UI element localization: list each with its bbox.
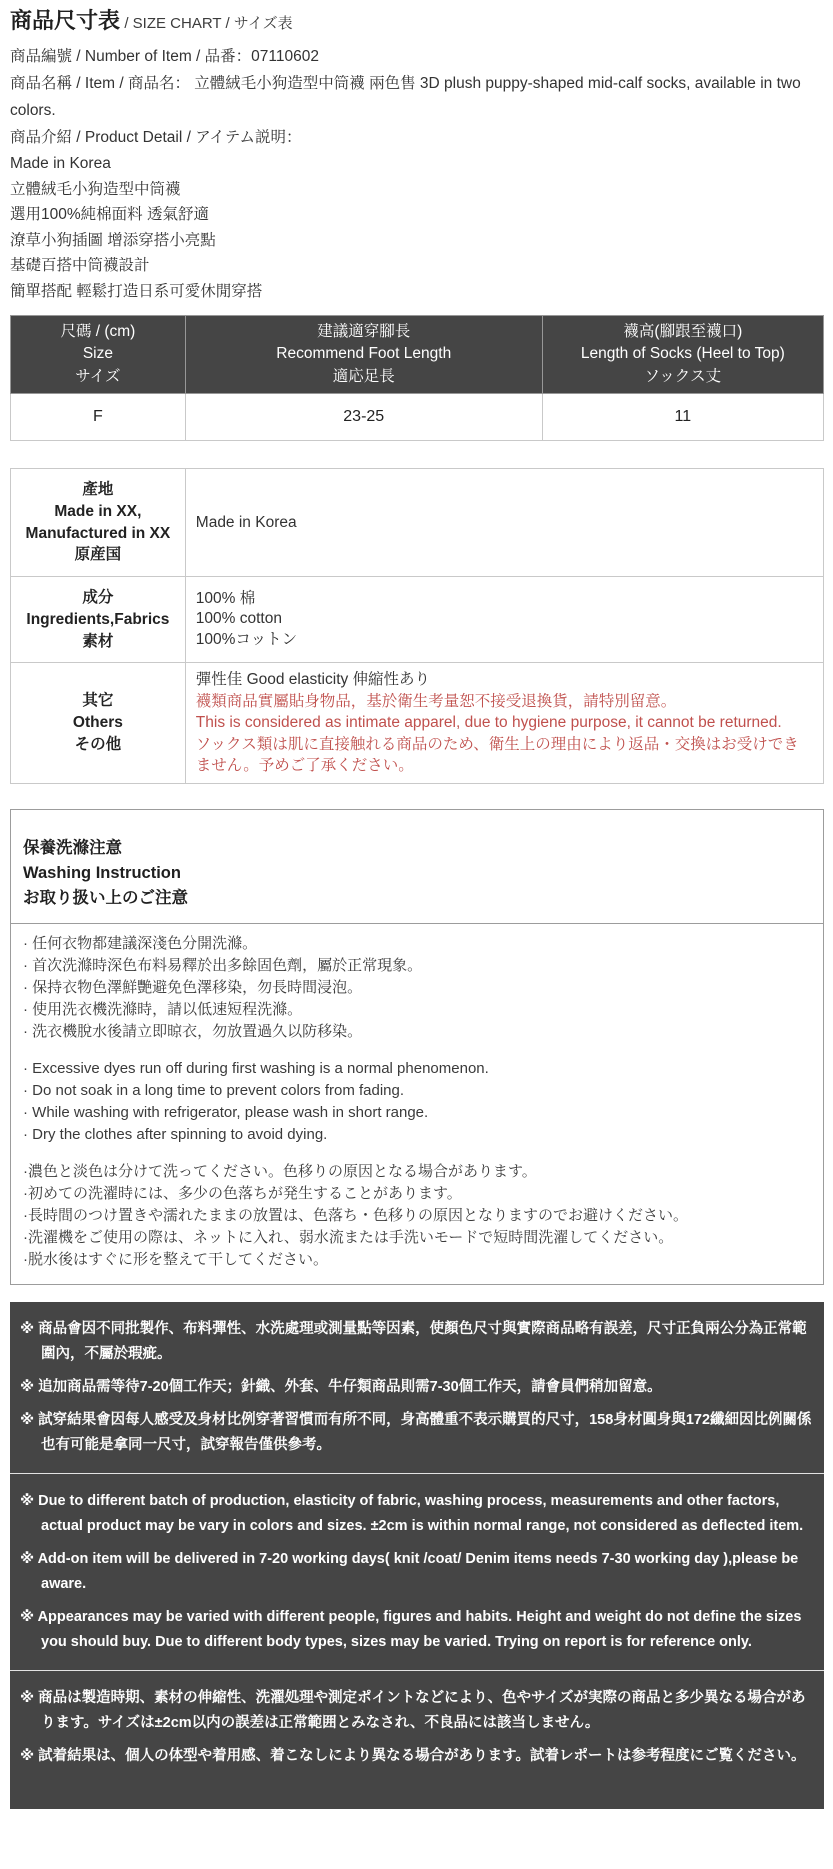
washing-heading-zh: 保養洗滌注意 [23, 836, 811, 861]
disclaimer-section-ja: ※ 商品は製造時期、素材の伸縮性、洗濯処理や測定ポイントなどにより、色やサイズが… [10, 1671, 824, 1809]
washing-bullet: · 洗衣機脫水後請立即晾衣，勿放置過久以防移染。 [23, 1021, 811, 1043]
washing-bullet: ·濃色と淡色は分けて洗ってください。色移りの原因となる場合があります。 [23, 1161, 811, 1183]
washing-instruction-box: 保養洗滌注意 Washing Instruction お取り扱い上のご注意 · … [10, 809, 824, 1285]
page-title: 商品尺寸表 / SIZE CHART / サイズ表 [10, 6, 824, 39]
size-chart-data-row: F 23-25 11 [11, 394, 824, 441]
washing-bullets-en: · Excessive dyes run off during first wa… [23, 1058, 811, 1146]
ingredients-row: 成分 Ingredients,Fabrics 素材 100% 棉 100% co… [11, 577, 824, 663]
note-line: ※ 追加商品需等待7-20個工作天；針織、外套、牛仔類商品則需7-30個工作天，… [20, 1375, 812, 1400]
washing-bullet: · 任何衣物都建議深淺色分開洗滌。 [23, 933, 811, 955]
washing-bullet: ·長時間のつけ置きや濡れたままの放置は、色落ち・色移りの原因となりますのでお避け… [23, 1205, 811, 1227]
note-line: ※ Due to different batch of production, … [20, 1489, 812, 1539]
others-row: 其它 Others その他 彈性佳 Good elasticity 伸縮性あり … [11, 663, 824, 784]
washing-bullet: ·脱水後はすぐに形を整えて干してください。 [23, 1249, 811, 1271]
product-detail-lines: Made in Korea 立體絨毛小狗造型中筒襪 選用100%純棉面料 透氣舒… [10, 151, 824, 304]
others-label-cell: 其它 Others その他 [11, 663, 186, 784]
origin-row: 產地 Made in XX, Manufactured in XX 原産国 Ma… [11, 469, 824, 577]
others-value-cell: 彈性佳 Good elasticity 伸縮性あり 襪類商品實屬貼身物品，基於衛… [185, 663, 823, 784]
product-detail-line: 基礎百搭中筒襪設計 [10, 253, 824, 279]
note-line: ※ 商品會因不同批製作、布料彈性、水洗處理或測量點等因素，使顏色尺寸與實際商品略… [20, 1317, 812, 1367]
disclaimer-section-zh: ※ 商品會因不同批製作、布料彈性、水洗處理或測量點等因素，使顏色尺寸與實際商品略… [10, 1302, 824, 1474]
others-note-return-policy-en: This is considered as intimate apparel, … [196, 712, 813, 734]
washing-instruction-body: · 任何衣物都建議深淺色分開洗滌。 · 首次洗滌時深色布料易釋於出多餘固色劑，屬… [11, 924, 823, 1284]
ingredients-value-cell: 100% 棉 100% cotton 100%コットン [185, 577, 823, 663]
washing-bullet: · 首次洗滌時深色布料易釋於出多餘固色劑，屬於正常現象。 [23, 955, 811, 977]
note-line: ※ Appearances may be varied with differe… [20, 1605, 812, 1655]
product-detail-line: 立體絨毛小狗造型中筒襪 [10, 177, 824, 203]
sock-height-column-header: 襪高(腳跟至襪口) Length of Socks (Heel to Top) … [542, 316, 823, 394]
ingredients-label-cell: 成分 Ingredients,Fabrics 素材 [11, 577, 186, 663]
others-note-return-policy-zh: 襪類商品實屬貼身物品，基於衛生考量恕不接受退換貨，請特別留意。 [196, 691, 813, 713]
others-note-return-policy-ja: ソックス類は肌に直接触れる商品のため、衛生上の理由により返品・交換はお受けできま… [196, 734, 813, 777]
disclaimer-section-en: ※ Due to different batch of production, … [10, 1474, 824, 1671]
product-detail-heading: 商品介紹 / Product Detail / アイテム説明： [10, 124, 824, 151]
item-number-line: 商品編號 / Number of Item / 品番：07110602 [10, 43, 824, 70]
origin-value-cell: Made in Korea [185, 469, 823, 577]
size-value-cell: F [11, 394, 186, 441]
washing-bullet: · Dry the clothes after spinning to avoi… [23, 1124, 811, 1146]
washing-bullet: · Do not soak in a long time to prevent … [23, 1080, 811, 1102]
washing-bullet: ·初めての洗濯時には、多少の色落ちが発生することがあります。 [23, 1183, 811, 1205]
note-line: ※ 試着結果は、個人の体型や着用感、着こなしにより異なる場合があります。試着レポ… [20, 1744, 812, 1769]
product-detail-line: Made in Korea [10, 151, 824, 177]
size-column-header: 尺碼 / (cm) Size サイズ [11, 316, 186, 394]
size-chart-page: 商品尺寸表 / SIZE CHART / サイズ表 商品編號 / Number … [0, 0, 833, 1809]
item-name-line: 商品名稱 / Item / 商品名： 立體絨毛小狗造型中筒襪 兩色售 3D pl… [10, 70, 824, 124]
product-info-table: 產地 Made in XX, Manufactured in XX 原産国 Ma… [10, 468, 824, 783]
size-chart-header-row: 尺碼 / (cm) Size サイズ 建議適穿腳長 Recommend Foot… [11, 316, 824, 394]
note-line: ※ 商品は製造時期、素材の伸縮性、洗濯処理や測定ポイントなどにより、色やサイズが… [20, 1686, 812, 1736]
sock-height-value-cell: 11 [542, 394, 823, 441]
washing-bullet: · 使用洗衣機洗滌時，請以低速短程洗滌。 [23, 999, 811, 1021]
others-note-elasticity: 彈性佳 Good elasticity 伸縮性あり [196, 669, 813, 691]
washing-bullet: ·洗濯機をご使用の際は、ネットに入れ、弱水流または手洗いモードで短時間洗濯してく… [23, 1227, 811, 1249]
page-title-zh: 商品尺寸表 [10, 8, 120, 33]
disclaimer-notes-box: ※ 商品會因不同批製作、布料彈性、水洗處理或測量點等因素，使顏色尺寸與實際商品略… [10, 1302, 824, 1809]
washing-heading-en: Washing Instruction [23, 861, 811, 886]
product-detail-line: 潦草小狗插圖 增添穿搭小亮點 [10, 228, 824, 254]
page-title-suffix: / SIZE CHART / サイズ表 [124, 15, 292, 32]
foot-length-value-cell: 23-25 [185, 394, 542, 441]
washing-bullets-ja: ·濃色と淡色は分けて洗ってください。色移りの原因となる場合があります。 ·初めて… [23, 1161, 811, 1271]
note-line: ※ Add-on item will be delivered in 7-20 … [20, 1547, 812, 1597]
washing-heading-ja: お取り扱い上のご注意 [23, 886, 811, 911]
washing-bullet: · 保持衣物色澤鮮艷避免色澤移染，勿長時間浸泡。 [23, 977, 811, 999]
size-chart-table: 尺碼 / (cm) Size サイズ 建議適穿腳長 Recommend Foot… [10, 315, 824, 441]
product-detail-line: 選用100%純棉面料 透氣舒適 [10, 202, 824, 228]
product-detail-line: 簡單搭配 輕鬆打造日系可愛休閒穿搭 [10, 279, 824, 305]
washing-bullet: · Excessive dyes run off during first wa… [23, 1058, 811, 1080]
washing-bullet: · While washing with refrigerator, pleas… [23, 1102, 811, 1124]
foot-length-column-header: 建議適穿腳長 Recommend Foot Length 適応足長 [185, 316, 542, 394]
washing-instruction-heading: 保養洗滌注意 Washing Instruction お取り扱い上のご注意 [11, 810, 823, 924]
origin-label-cell: 產地 Made in XX, Manufactured in XX 原産国 [11, 469, 186, 577]
note-line: ※ 試穿結果會因每人感受及身材比例穿著習慣而有所不同，身高體重不表示購買的尺寸，… [20, 1408, 812, 1458]
washing-bullets-zh: · 任何衣物都建議深淺色分開洗滌。 · 首次洗滌時深色布料易釋於出多餘固色劑，屬… [23, 933, 811, 1043]
